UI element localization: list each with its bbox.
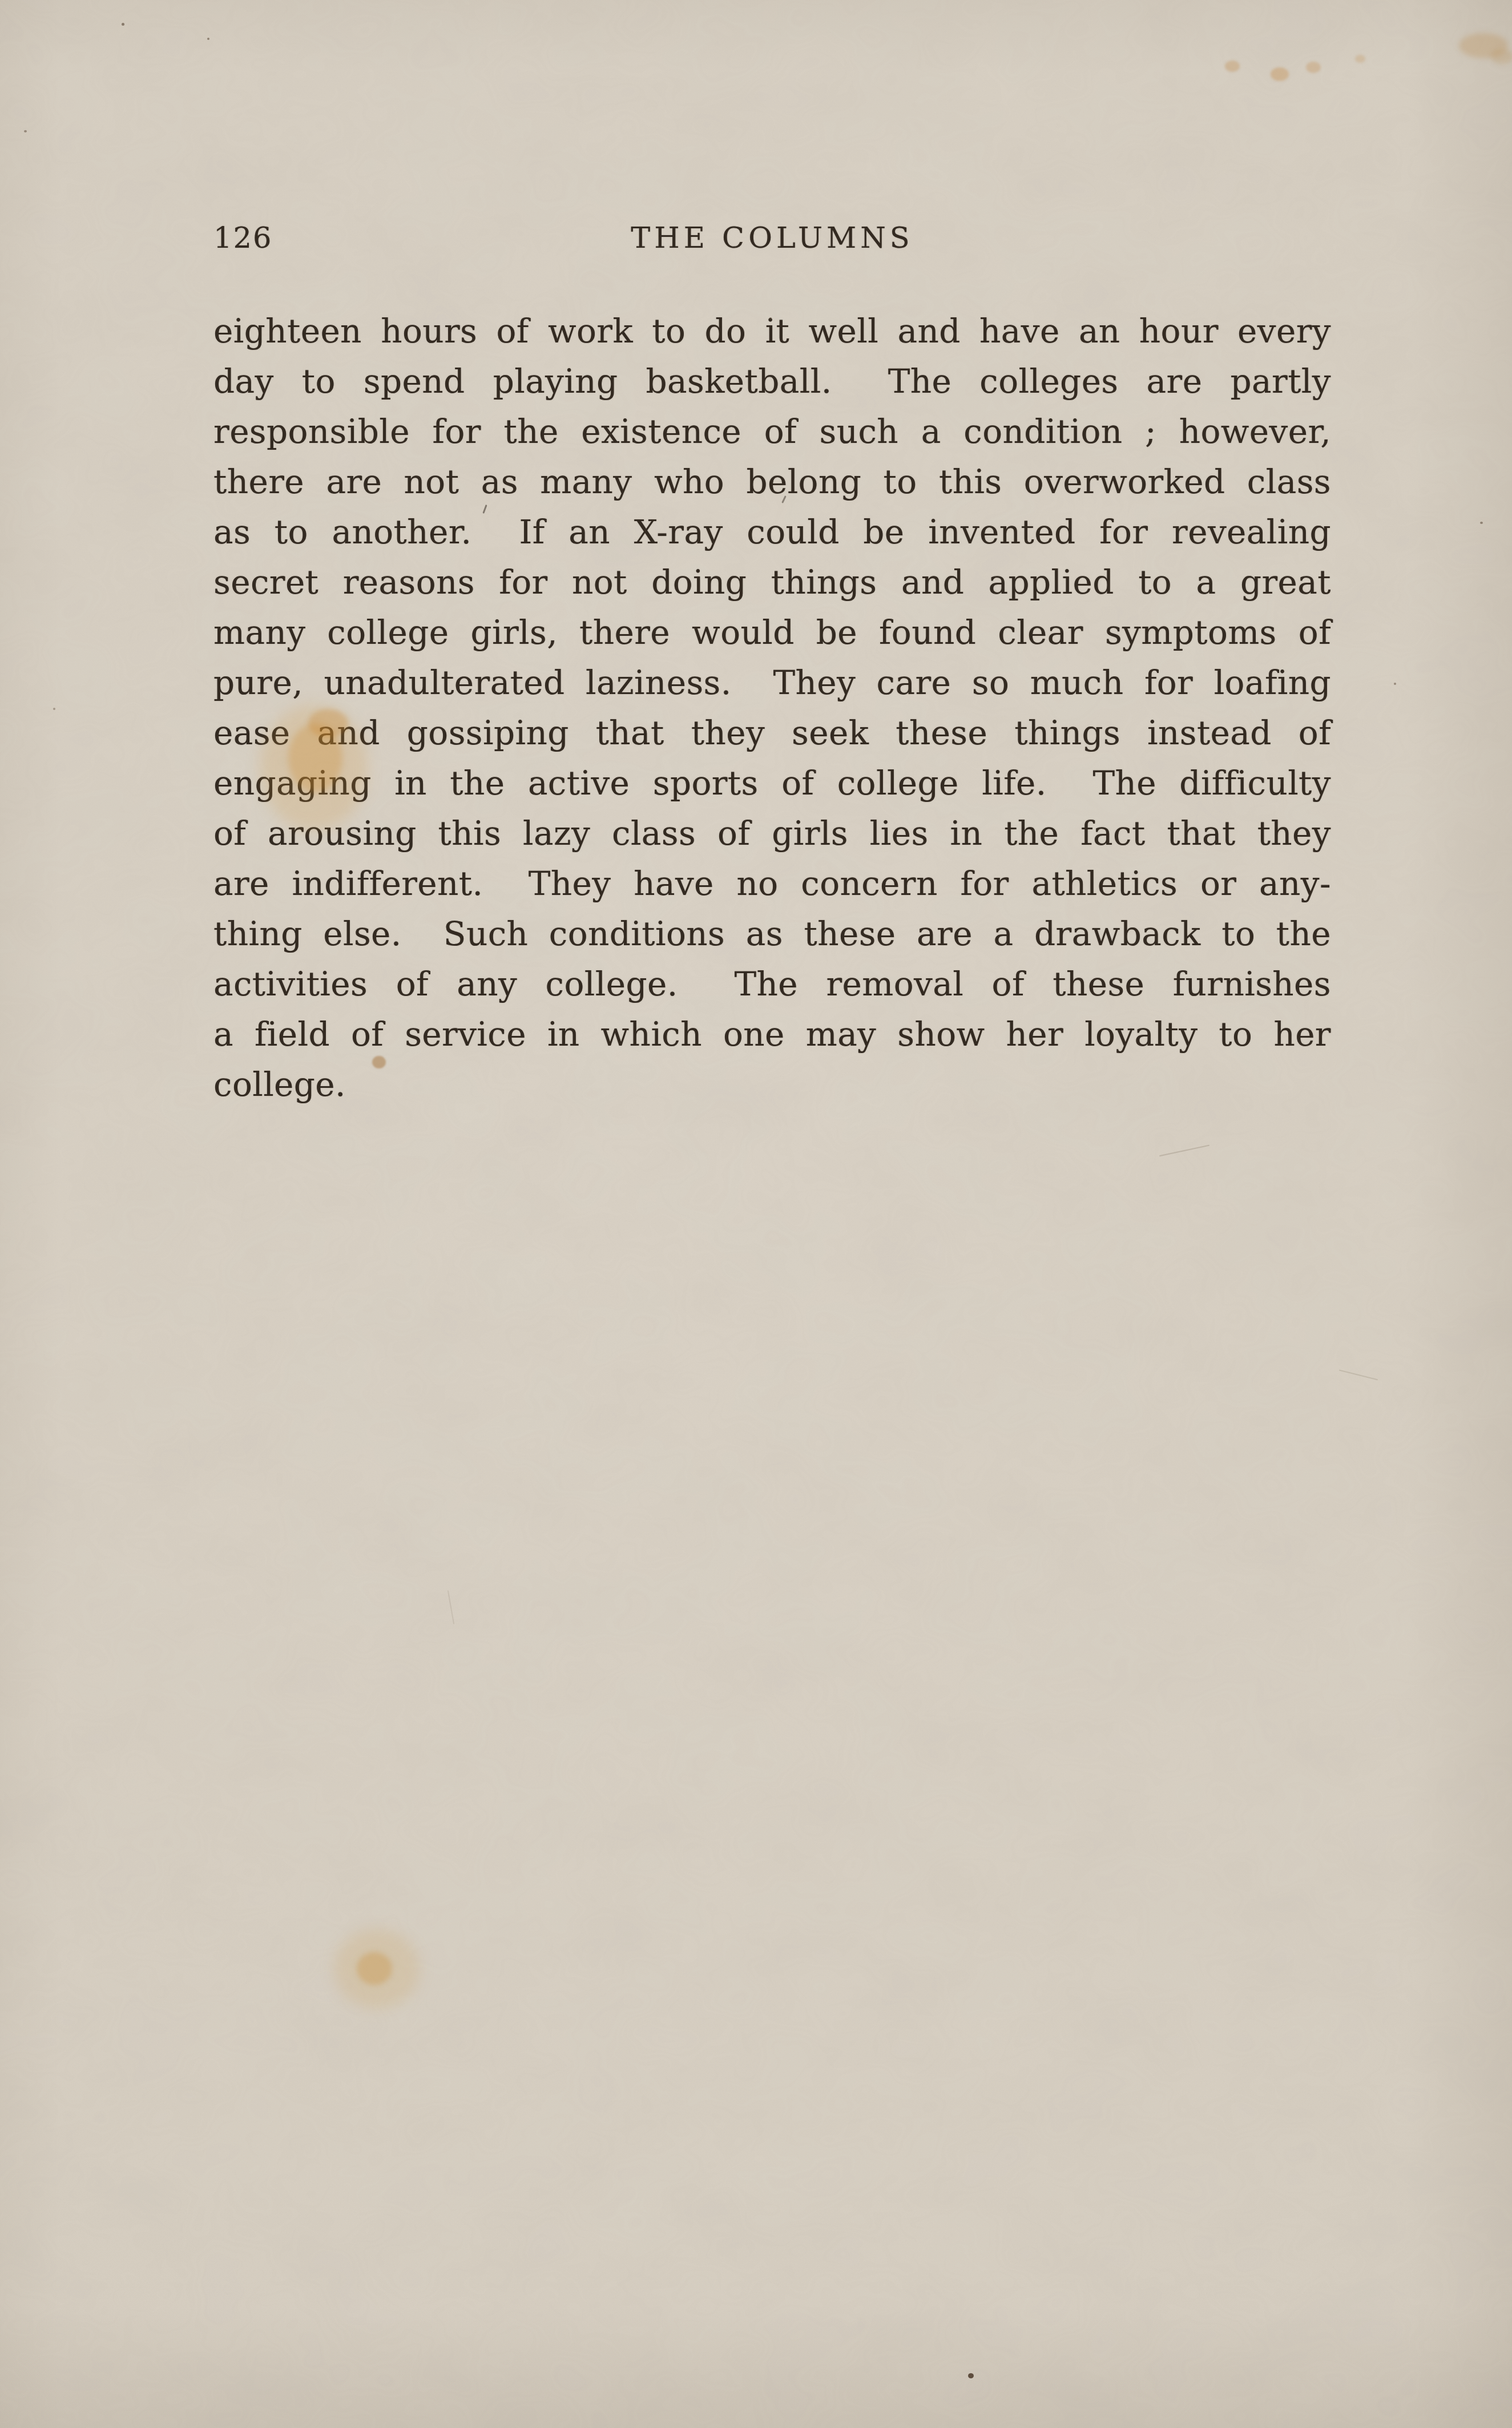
page-header: 126 THE COLUMNS [213,224,1331,260]
text-line: eighteen hours of work to do it well and… [213,306,1331,356]
stain [1271,67,1289,81]
book-page-scan: 126 THE COLUMNS eighteen hours of work t… [0,0,1512,2428]
scratch [1339,1370,1378,1381]
text-line: college. [213,1059,1331,1110]
scratch [447,1590,454,1624]
text-line: of arousing this lazy class of girls lie… [213,808,1331,858]
speck [1394,683,1396,685]
text-line: there are not as many who belong to this… [213,457,1331,507]
speck [207,38,209,40]
text-line: secret reasons for not doing things and … [213,557,1331,607]
scratch [1159,1145,1209,1157]
text-line: engaging in the active sports of college… [213,758,1331,808]
text-line: responsible for the existence of such a … [213,406,1331,457]
speck [1480,522,1483,524]
text-line: thing else. Such conditions as these are… [213,909,1331,959]
running-title: THE COLUMNS [213,224,1331,253]
text-line: many college girls, there would be found… [213,607,1331,658]
text-line: pure, unadulterated laziness. They care … [213,658,1331,708]
speck [53,708,55,710]
text-line: day to spend playing basketball. The col… [213,356,1331,406]
text-line: activities of any college. The removal o… [213,959,1331,1009]
stain [1459,33,1508,58]
stain [1355,55,1365,63]
body-text: eighteen hours of work to do it well and… [213,306,1331,1110]
text-line: are indifferent. They have no concern fo… [213,858,1331,909]
stain [357,1952,392,1985]
stain [1491,49,1512,64]
speck [968,2373,974,2378]
stain [1306,62,1321,73]
text-line: a field of service in which one may show… [213,1009,1331,1059]
text-line: ease and gossiping that they seek these … [213,708,1331,758]
stain [1225,61,1240,72]
text-line: as to another. If an X-ray could be inve… [213,507,1331,557]
stain [334,1929,420,2009]
speck [24,130,27,132]
speck [122,23,124,26]
